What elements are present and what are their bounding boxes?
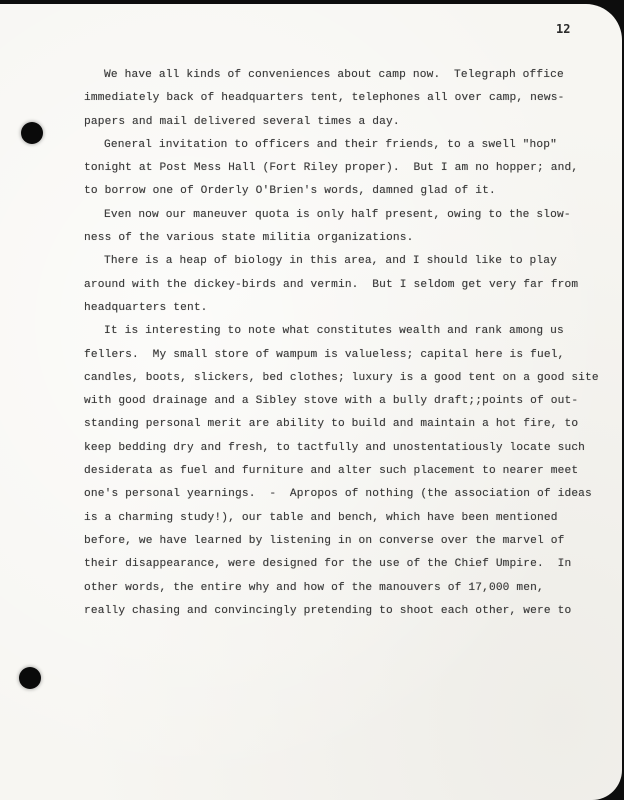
text-line: around with the dickey-birds and vermin.…	[84, 274, 624, 297]
text-line: We have all kinds of conveniences about …	[84, 64, 624, 87]
text-line: candles, boots, slickers, bed clothes; l…	[84, 367, 624, 390]
text-line: before, we have learned by listening in …	[84, 530, 624, 553]
typed-text-body: We have all kinds of conveniences about …	[84, 64, 624, 623]
punch-hole-bottom	[19, 667, 41, 689]
text-line: Even now our maneuver quota is only half…	[84, 204, 624, 227]
text-line: papers and mail delivered several times …	[84, 111, 624, 134]
text-line: to borrow one of Orderly O'Brien's words…	[84, 180, 624, 203]
text-line: fellers. My small store of wampum is val…	[84, 344, 624, 367]
text-line: immediately back of headquarters tent, t…	[84, 87, 624, 110]
text-line: There is a heap of biology in this area,…	[84, 250, 624, 273]
text-line: their disappearance, were designed for t…	[84, 553, 624, 576]
text-line: It is interesting to note what constitut…	[84, 320, 624, 343]
text-line: really chasing and convincingly pretendi…	[84, 600, 624, 623]
punch-hole-top	[21, 122, 43, 144]
typewritten-page: 12 We have all kinds of conveniences abo…	[0, 4, 622, 800]
text-line: other words, the entire why and how of t…	[84, 577, 624, 600]
text-line: ness of the various state militia organi…	[84, 227, 624, 250]
text-line: with good drainage and a Sibley stove wi…	[84, 390, 624, 413]
page-number: 12	[556, 22, 570, 36]
text-line: tonight at Post Mess Hall (Fort Riley pr…	[84, 157, 624, 180]
text-line: desiderata as fuel and furniture and alt…	[84, 460, 624, 483]
text-line: one's personal yearnings. - Apropos of n…	[84, 483, 624, 506]
text-line: General invitation to officers and their…	[84, 134, 624, 157]
text-line: standing personal merit are ability to b…	[84, 413, 624, 436]
text-line: headquarters tent.	[84, 297, 624, 320]
text-line: is a charming study!), our table and ben…	[84, 507, 624, 530]
text-line: keep bedding dry and fresh, to tactfully…	[84, 437, 624, 460]
